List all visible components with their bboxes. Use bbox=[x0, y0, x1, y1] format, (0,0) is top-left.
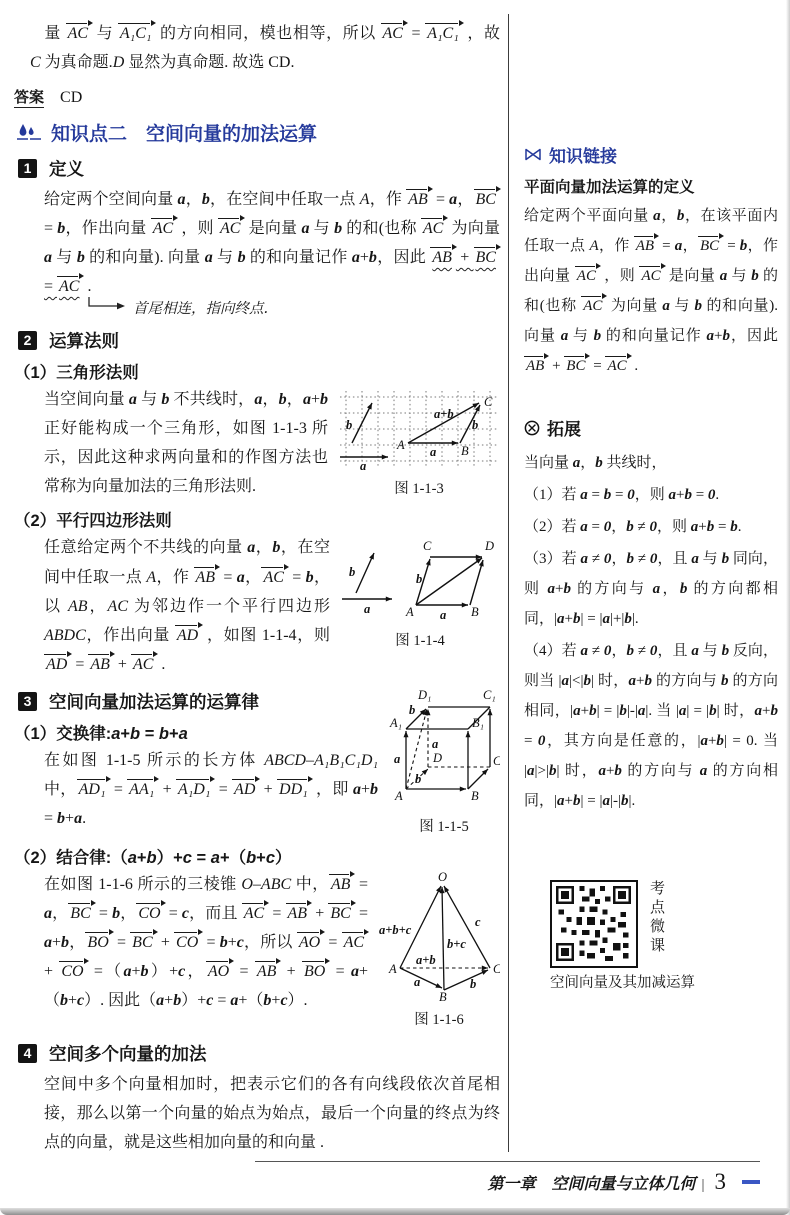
svg-text:C: C bbox=[493, 962, 500, 976]
answer-value: CD bbox=[60, 89, 82, 106]
svg-text:b: b bbox=[409, 703, 415, 717]
svg-text:A₁: A₁ bbox=[389, 716, 402, 730]
svg-text:b: b bbox=[346, 418, 352, 432]
svg-text:a: a bbox=[360, 459, 366, 471]
textbook-page: 量 AC 与 A₁C₁ 的方向相同，模也相等，所以 AC = A₁C₁ ，故 C… bbox=[0, 0, 790, 1215]
footer-separator: | bbox=[701, 1177, 704, 1194]
associative-law-label: （2） bbox=[14, 849, 56, 867]
section3-number-badge: 3 bbox=[18, 692, 37, 711]
triangle-rule-label: （1） bbox=[14, 364, 56, 382]
footer-dash bbox=[742, 1180, 760, 1184]
svg-text:C: C bbox=[423, 539, 432, 553]
svg-text:a: a bbox=[364, 602, 370, 616]
scan-edge-bottom bbox=[0, 1208, 790, 1215]
svg-text:C₁: C₁ bbox=[483, 688, 496, 702]
svg-text:b: b bbox=[349, 565, 355, 579]
svg-text:C: C bbox=[484, 395, 493, 409]
handwritten-annotation: 首尾相连，指向终点. bbox=[133, 297, 268, 318]
svg-text:B: B bbox=[471, 789, 479, 803]
svg-text:B: B bbox=[461, 444, 469, 458]
knowledge-link-subtitle: 平面向量加法运算的定义 bbox=[524, 175, 778, 197]
extension-line: （3）若 a ≠ 0，b ≠ 0，且 a 与 b 同向，则 a+b 的方向与 a… bbox=[524, 544, 778, 634]
page-columns: 量 AC 与 A₁C₁ 的方向相同，模也相等，所以 AC = A₁C₁ ，故 C… bbox=[0, 0, 790, 1152]
section4-number-badge: 4 bbox=[18, 1044, 37, 1063]
scan-edge-right bbox=[786, 0, 790, 1215]
parallelogram-rule-label: （2） bbox=[14, 512, 56, 530]
parallelogram-rule-heading: （2）平行四边形法则 bbox=[14, 507, 500, 531]
triangle-rule-diagram: b a a+b C b A a B bbox=[338, 387, 500, 471]
triangle-rule-heading: （1）三角形法则 bbox=[14, 359, 500, 383]
tetrahedron-diagram: O a+b+c c b+c a+b A C a b B bbox=[378, 872, 500, 1002]
extension-section: 拓展 当向量 a，b 共线时， （1）若 a = b = 0，则 a+b = 0… bbox=[524, 415, 778, 816]
extension-title: 拓展 bbox=[547, 415, 581, 440]
figure-1-1-4-caption: 图 1-1-4 bbox=[340, 629, 500, 650]
knowledge-link-header: 知识链接 bbox=[524, 142, 778, 167]
knowledge-point-title: 空间向量的加法运算 bbox=[146, 119, 317, 146]
annotation-connector-arrow bbox=[86, 297, 128, 315]
section2-number-badge: 2 bbox=[18, 331, 37, 350]
qr-row: 考点微课 bbox=[550, 880, 778, 968]
section4-heading: 4 空间多个向量的加法 bbox=[18, 1041, 500, 1066]
svg-text:B: B bbox=[439, 990, 447, 1002]
extension-line: （2）若 a = 0，b ≠ 0，则 a+b = b. bbox=[524, 512, 778, 542]
footer-chapter: 第一章 bbox=[487, 1171, 535, 1194]
knowledge-link-paragraph: 给定两个平面向量 a，b，在该平面内任取一点 A，作 AB = a，BC = b… bbox=[524, 201, 778, 381]
answer-row: 答案 CD bbox=[14, 86, 500, 107]
qr-side-label: 考点微课 bbox=[646, 880, 667, 956]
commutative-law-title: 交换律:a+b = b+a bbox=[56, 725, 188, 743]
svg-text:a: a bbox=[432, 737, 438, 751]
section1-heading: 1 定义 bbox=[18, 156, 500, 181]
extension-circle-icon bbox=[524, 420, 540, 436]
section4-title: 空间多个向量的加法 bbox=[49, 1041, 207, 1066]
svg-text:a+b: a+b bbox=[416, 953, 436, 967]
svg-text:b: b bbox=[416, 572, 422, 586]
cuboid-diagram: D₁ C₁ A₁ B₁ a b a D b A B C bbox=[388, 681, 500, 809]
figure-1-1-6: O a+b+c c b+c a+b A C a b B 图 1-1-6 bbox=[378, 872, 500, 1029]
svg-text:B: B bbox=[471, 605, 479, 619]
intro-paragraph: 量 AC 与 A₁C₁ 的方向相同，模也相等，所以 AC = A₁C₁ ，故 C… bbox=[30, 20, 500, 78]
ink-drops-icon bbox=[16, 123, 42, 141]
svg-text:D: D bbox=[484, 539, 494, 553]
extension-line: （1）若 a = b = 0，则 a+b = 0. bbox=[524, 480, 778, 510]
figure-1-1-3: b a a+b C b A a B 图 1-1-3 bbox=[338, 387, 500, 498]
svg-text:a: a bbox=[430, 445, 436, 459]
section3-title: 空间向量加法运算的运算律 bbox=[49, 689, 259, 714]
section2-title: 运算法则 bbox=[49, 328, 119, 353]
svg-text:b: b bbox=[472, 418, 478, 432]
knowledge-point-label: 知识点二 bbox=[51, 119, 127, 146]
parallelogram-rule-diagram: b a C D b A a B bbox=[340, 535, 500, 623]
associative-law-block: O a+b+c c b+c a+b A C a b B 图 1-1-6 在如图 … bbox=[14, 870, 500, 1031]
associative-law-title: 结合律:（a+b）+c = a+（b+c） bbox=[56, 849, 291, 867]
triangle-rule-block: b a a+b C b A a B 图 1-1-3 当空间向量 a 与 b 不共… bbox=[14, 385, 500, 501]
knowledge-point-header: 知识点二 空间向量的加法运算 bbox=[16, 119, 500, 146]
figure-1-1-3-caption: 图 1-1-3 bbox=[338, 477, 500, 498]
svg-text:A: A bbox=[396, 438, 405, 452]
qr-block: 考点微课 空间向量及其加减运算 bbox=[550, 880, 778, 994]
svg-text:a+b: a+b bbox=[434, 407, 454, 421]
svg-text:A: A bbox=[405, 605, 414, 619]
associative-law-heading: （2）结合律:（a+b）+c = a+（b+c） bbox=[14, 844, 500, 868]
triangle-rule-title: 三角形法则 bbox=[56, 364, 139, 382]
commutative-law-label: （1） bbox=[14, 725, 56, 743]
section2-heading: 2 运算法则 bbox=[18, 328, 500, 353]
extension-line: 当向量 a，b 共线时， bbox=[524, 448, 778, 478]
extension-header: 拓展 bbox=[524, 415, 778, 440]
svg-text:A: A bbox=[394, 789, 403, 803]
svg-text:a: a bbox=[440, 608, 446, 622]
svg-text:D₁: D₁ bbox=[417, 688, 431, 702]
page-footer: 第一章 空间向量与立体几何 | 3 bbox=[255, 1161, 760, 1195]
main-column: 量 AC 与 A₁C₁ 的方向相同，模也相等，所以 AC = A₁C₁ ，故 C… bbox=[0, 14, 508, 1152]
parallelogram-rule-title: 平行四边形法则 bbox=[56, 512, 172, 530]
svg-text:a: a bbox=[414, 975, 420, 989]
sidebar-column: 知识链接 平面向量加法运算的定义 给定两个平面向量 a，b，在该平面内任取一点 … bbox=[508, 14, 790, 1152]
figure-1-1-5-caption: 图 1-1-5 bbox=[388, 815, 500, 836]
svg-text:A: A bbox=[388, 962, 397, 976]
footer-book-title: 空间向量与立体几何 bbox=[551, 1171, 695, 1194]
svg-text:a: a bbox=[394, 752, 400, 766]
qr-pattern bbox=[556, 886, 631, 961]
section1-number-badge: 1 bbox=[18, 159, 37, 178]
operation-laws-block1: D₁ C₁ A₁ B₁ a b a D b A B C 图 1-1-5 bbox=[14, 679, 500, 838]
qr-caption: 空间向量及其加减运算 bbox=[550, 973, 710, 994]
parallelogram-rule-block: b a C D b A a B 图 1-1-4 任意给定两个不共线的向量 a，b… bbox=[14, 533, 500, 679]
svg-text:B₁: B₁ bbox=[472, 716, 484, 730]
figure-1-1-4: b a C D b A a B 图 1-1-4 bbox=[340, 535, 500, 650]
link-bowtie-icon bbox=[524, 148, 542, 161]
multi-vector-paragraph: 空间中多个向量相加时，把表示它们的各有向线段依次首尾相接，那么以第一个向量的始点… bbox=[44, 1070, 500, 1152]
definition-paragraph: 给定两个空间向量 a，b，在空间中任取一点 A，作 AB = a，BC = b，… bbox=[44, 185, 500, 301]
svg-text:a+b+c: a+b+c bbox=[379, 923, 412, 937]
knowledge-link-title: 知识链接 bbox=[549, 142, 617, 167]
section1-title: 定义 bbox=[49, 156, 84, 181]
answer-label: 答案 bbox=[14, 89, 44, 108]
figure-1-1-5: D₁ C₁ A₁ B₁ a b a D b A B C 图 1-1-5 bbox=[388, 681, 500, 836]
section3-heading: 3 空间向量加法运算的运算律 bbox=[18, 689, 378, 714]
extension-line: （4）若 a ≠ 0，b ≠ 0，且 a 与 b 反向，则当 |a|<|b| 时… bbox=[524, 636, 778, 816]
qr-code bbox=[550, 880, 638, 968]
page-number: 3 bbox=[715, 1169, 727, 1195]
svg-text:D: D bbox=[432, 751, 442, 765]
svg-text:c: c bbox=[475, 915, 481, 929]
svg-text:b: b bbox=[415, 772, 421, 786]
figure-1-1-6-caption: 图 1-1-6 bbox=[378, 1008, 500, 1029]
annotation-row: 首尾相连，指向终点. bbox=[86, 297, 500, 318]
svg-text:b+c: b+c bbox=[447, 937, 466, 951]
svg-text:b: b bbox=[470, 977, 476, 991]
svg-text:O: O bbox=[438, 872, 447, 884]
svg-text:C: C bbox=[493, 754, 500, 768]
